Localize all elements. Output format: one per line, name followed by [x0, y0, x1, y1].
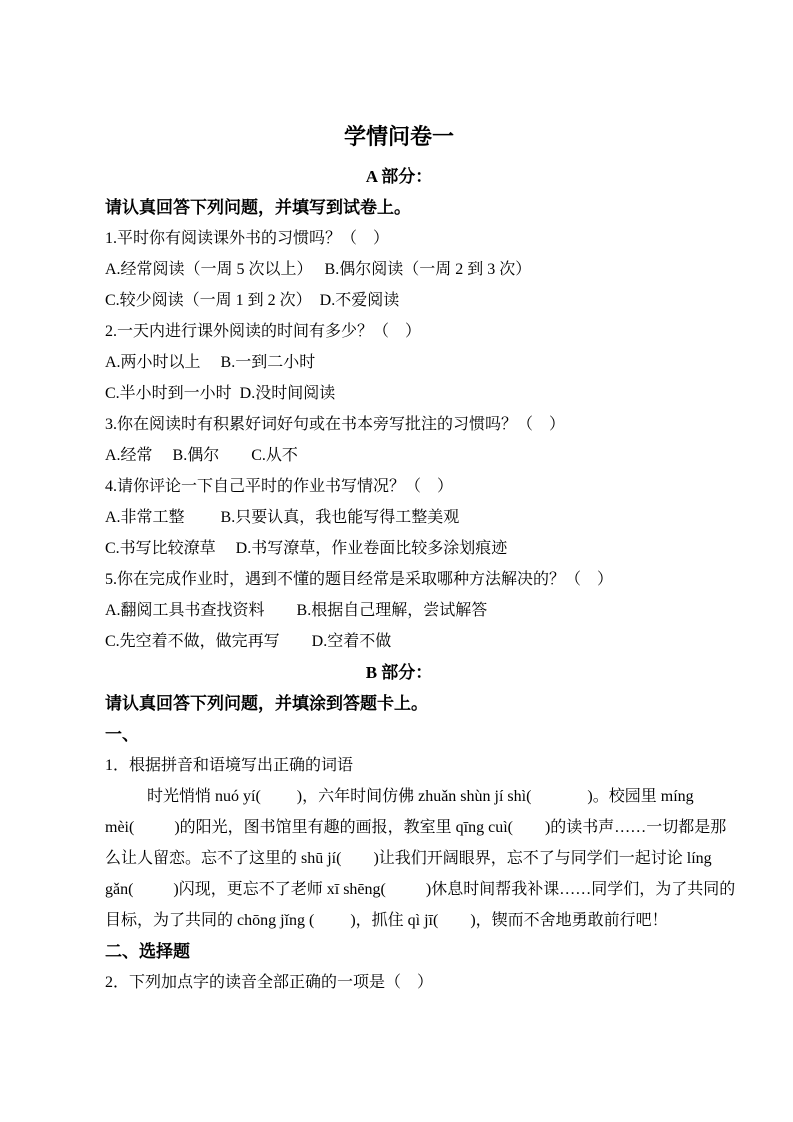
- option-line: C.书写比较潦草 D.书写潦草，作业卷面比较多涂划痕迹: [105, 533, 693, 564]
- option-line: C.先空着不做，做完再写 D.空着不做: [105, 626, 693, 657]
- part-a-heading: A 部分：: [105, 161, 693, 192]
- part-b-heading: B 部分：: [105, 657, 693, 688]
- question-text: 2.一天内进行课外阅读的时间有多少？（ ）: [105, 316, 693, 347]
- section-one-label: 一、: [105, 719, 693, 750]
- part-b-instruction: 请认真回答下列问题，并填涂到答题卡上。: [105, 688, 693, 719]
- question-text: 3.你在阅读时有积累好词好句或在书本旁写批注的习惯吗？（ ）: [105, 409, 693, 440]
- question-text: 4.请你评论一下自己平时的作业书写情况？（ ）: [105, 471, 693, 502]
- pinyin-paragraph-line: 目标，为了共同的 chōng jǐng ( )，抓住 qì jī( )，锲而不舍…: [105, 905, 693, 936]
- section-two-label: 二、选择题: [105, 936, 693, 967]
- pinyin-paragraph-line: 么让人留恋。忘不了这里的 shū jí( )让我们开阔眼界，忘不了与同学们一起讨…: [105, 843, 693, 874]
- option-line: A.经常 B.偶尔 C.从不: [105, 440, 693, 471]
- question-text: 1．根据拼音和语境写出正确的词语: [105, 750, 693, 781]
- document-page: 学情问卷一 A 部分： 请认真回答下列问题，并填写到试卷上。 1.平时你有阅读课…: [0, 0, 793, 1122]
- option-line: A.经常阅读（一周 5 次以上） B.偶尔阅读（一周 2 到 3 次）: [105, 254, 693, 285]
- question-text: 1.平时你有阅读课外书的习惯吗？（ ）: [105, 223, 693, 254]
- document-title: 学情问卷一: [105, 120, 693, 153]
- option-line: A.两小时以上 B.一到二小时: [105, 347, 693, 378]
- option-line: A.非常工整 B.只要认真，我也能写得工整美观: [105, 502, 693, 533]
- pinyin-paragraph-line: gǎn( )闪现，更忘不了老师 xī shēng( )休息时间帮我补课……同学们…: [105, 874, 693, 905]
- question-text: 2．下列加点字的读音全部正确的一项是（ ）: [105, 967, 693, 998]
- option-line: C.半小时到一小时 D.没时间阅读: [105, 378, 693, 409]
- option-line: C.较少阅读（一周 1 到 2 次） D.不爱阅读: [105, 285, 693, 316]
- pinyin-paragraph-line: mèi( )的阳光，图书馆里有趣的画报，教室里 qīng cuì( )的读书声……: [105, 812, 693, 843]
- pinyin-paragraph-line: 时光悄悄 nuó yí( )，六年时间仿佛 zhuǎn shùn jí shì(…: [105, 781, 693, 812]
- question-text: 5.你在完成作业时，遇到不懂的题目经常是采取哪种方法解决的？（ ）: [105, 564, 693, 595]
- option-line: A.翻阅工具书查找资料 B.根据自己理解，尝试解答: [105, 595, 693, 626]
- part-a-instruction: 请认真回答下列问题，并填写到试卷上。: [105, 192, 693, 223]
